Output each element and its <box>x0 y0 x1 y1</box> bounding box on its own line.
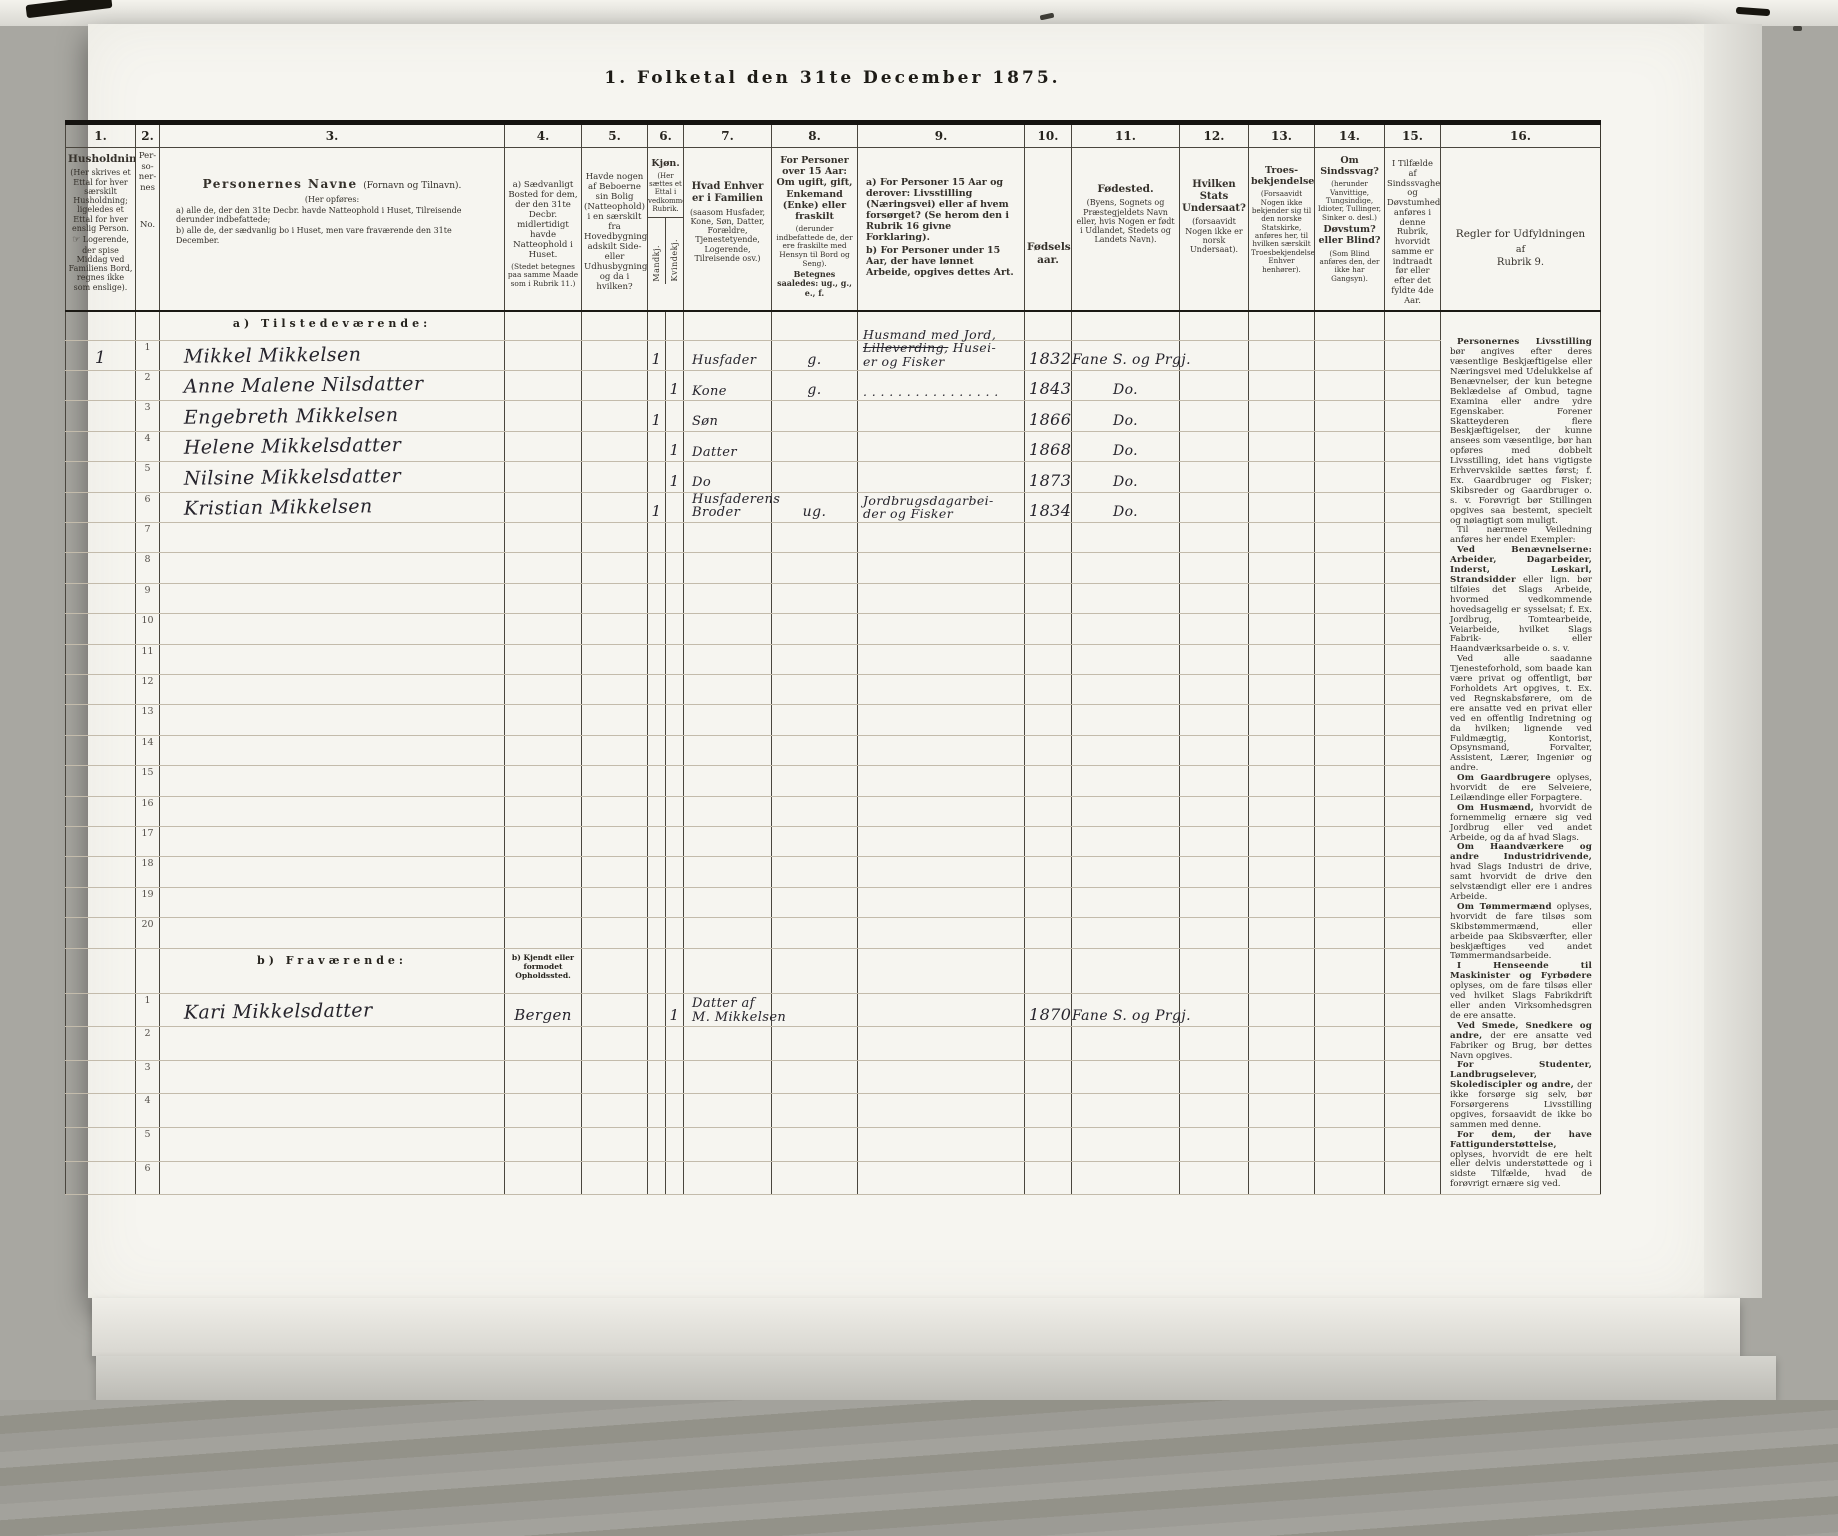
bosted-cell <box>505 523 582 553</box>
colnum-15: 15. <box>1385 123 1441 148</box>
row-number: 3 <box>136 402 159 413</box>
citizenship-cell <box>1180 1094 1249 1128</box>
underlying-page-edge-2 <box>96 1356 1776 1400</box>
birth-year-cell <box>1025 583 1072 613</box>
person-name: Kristian Mikkelsen <box>160 494 504 520</box>
census-entry-row: 7 <box>66 523 1601 553</box>
census-entry-row: 8 <box>66 553 1601 583</box>
census-entry-row: 10 <box>66 614 1601 644</box>
male-cell: 1 <box>648 340 666 370</box>
section-b-label: b) Fraværende: <box>160 949 504 967</box>
household-no-cell <box>66 1094 136 1128</box>
census-entry-row: 20 <box>66 918 1601 948</box>
marital-status-cell <box>772 1094 858 1128</box>
citizenship-cell <box>1180 675 1249 705</box>
name-cell: Kristian Mikkelsen <box>160 492 505 522</box>
marital-status-cell <box>772 1127 858 1161</box>
citizenship-cell <box>1180 857 1249 887</box>
page-edge-right <box>1704 24 1762 1298</box>
birth-year-cell <box>1025 827 1072 857</box>
disability-age-cell <box>1385 796 1441 826</box>
family-position: Do <box>684 476 771 490</box>
household-no-cell: 1 <box>66 340 136 370</box>
disability-cell <box>1315 918 1385 948</box>
birthplace-cell: Do. <box>1072 431 1180 461</box>
birth-year-cell <box>1025 1060 1072 1094</box>
subcol-mandkjon: Mandkj. <box>648 218 665 284</box>
name-cell: Kari Mikkelsdatter <box>160 993 505 1027</box>
marital-status-cell <box>772 735 858 765</box>
section-b-header-row: b) Fraværende: b) Kjendt eller formodet … <box>66 948 1601 993</box>
birth-year: 1834 <box>1025 501 1071 520</box>
male-cell <box>648 614 666 644</box>
occupation-cell <box>858 523 1025 553</box>
bosted-cell <box>505 735 582 765</box>
female-cell <box>666 492 684 522</box>
census-entry-row: 13 <box>66 705 1601 735</box>
marital-status-cell <box>772 766 858 796</box>
male-cell <box>648 827 666 857</box>
citizenship-cell <box>1180 796 1249 826</box>
household-no-cell <box>66 583 136 613</box>
occupation-cell <box>858 993 1025 1027</box>
bosted-cell <box>505 431 582 461</box>
female-cell <box>666 340 684 370</box>
faith-cell <box>1249 1060 1315 1094</box>
census-entry-row: 14 <box>66 735 1601 765</box>
male-cell <box>648 993 666 1027</box>
household-no-cell <box>66 735 136 765</box>
name-cell <box>160 705 505 735</box>
disability-cell <box>1315 1027 1385 1061</box>
name-cell <box>160 735 505 765</box>
bosted-cell <box>505 492 582 522</box>
occupation-cell <box>858 857 1025 887</box>
female-cell <box>666 675 684 705</box>
disability-age-cell <box>1385 857 1441 887</box>
disability-cell <box>1315 705 1385 735</box>
subcol-kvindekjon: Kvindekj. <box>665 218 683 284</box>
row-number: 8 <box>136 554 159 565</box>
female-cell <box>666 1094 684 1128</box>
male-cell: 1 <box>648 492 666 522</box>
disability-age-cell <box>1385 827 1441 857</box>
rules-paragraph: Ved Smede, Snedkere og andre, der ere an… <box>1450 1022 1592 1062</box>
rules-paragraph: Til nærmere Veiledning anføres her endel… <box>1450 526 1592 546</box>
bosted-cell <box>505 583 582 613</box>
occupation-cell: . . . . . . . . . . . . . . . . <box>858 370 1025 400</box>
family-position-cell <box>684 553 772 583</box>
female-cell <box>666 1027 684 1061</box>
person-no-cell: 3 <box>136 1060 160 1094</box>
header-husholdninger: Husholdninger. (Her skrives et Ettal for… <box>66 148 136 312</box>
marital-status-cell <box>772 462 858 492</box>
occupation-cell <box>858 462 1025 492</box>
family-position-cell <box>684 1060 772 1094</box>
female-tally: 1 <box>666 472 683 490</box>
citizenship-cell <box>1180 523 1249 553</box>
disability-cell <box>1315 675 1385 705</box>
citizenship-cell <box>1180 492 1249 522</box>
female-cell <box>666 553 684 583</box>
birth-year-cell <box>1025 675 1072 705</box>
census-entry-row: 5 <box>66 1127 1601 1161</box>
person-no-cell: 2 <box>136 1027 160 1061</box>
occupation-cell <box>858 583 1025 613</box>
disability-cell <box>1315 827 1385 857</box>
marital-status-cell <box>772 614 858 644</box>
male-cell <box>648 644 666 674</box>
row-number: 6 <box>136 1163 159 1174</box>
occupation-cell <box>858 431 1025 461</box>
census-entry-row: 16 <box>66 796 1601 826</box>
census-entry-row: 11 <box>66 644 1601 674</box>
birth-year-cell <box>1025 1027 1072 1061</box>
male-cell <box>648 431 666 461</box>
birth-year: 1868 <box>1025 440 1071 459</box>
faith-cell <box>1249 918 1315 948</box>
birth-year-cell <box>1025 1094 1072 1128</box>
colnum-12: 12. <box>1180 123 1249 148</box>
name-cell: Anne Malene Nilsdatter <box>160 370 505 400</box>
header-civilstand: For Personer over 15 Aar: Om ugift, gift… <box>772 148 858 312</box>
disability-cell <box>1315 1161 1385 1195</box>
occupation-cell <box>858 887 1025 917</box>
rules-paragraph: For Studenter, Landbrugselever, Skoledis… <box>1450 1061 1592 1130</box>
faith-cell <box>1249 887 1315 917</box>
family-position-cell <box>684 887 772 917</box>
person-no-cell: 8 <box>136 553 160 583</box>
name-cell: Helene Mikkelsdatter <box>160 431 505 461</box>
header-tilfaelde: I Tilfælde af Sindssvaghed og Døvstumhed… <box>1385 148 1441 312</box>
disability-age-cell <box>1385 705 1441 735</box>
header-regler: Regler for Udfyldningen af Rubrik 9. <box>1441 148 1601 312</box>
faith-cell <box>1249 705 1315 735</box>
faith-cell <box>1249 614 1315 644</box>
birth-year-cell <box>1025 644 1072 674</box>
disability-cell <box>1315 492 1385 522</box>
scan-bottom-shadow <box>0 1400 1838 1536</box>
citizenship-cell <box>1180 766 1249 796</box>
male-cell <box>648 796 666 826</box>
female-cell <box>666 523 684 553</box>
male-cell <box>648 553 666 583</box>
birthplace-cell <box>1072 735 1180 765</box>
birthplace-cell <box>1072 1094 1180 1128</box>
header-kjon: Kjøn. (Her sættes et Ettal i vedkommende… <box>648 148 684 312</box>
colnum-6: 6. <box>648 123 684 148</box>
household-no-cell <box>66 462 136 492</box>
disability-cell <box>1315 887 1385 917</box>
row-number: 2 <box>136 1028 159 1039</box>
birthplace-cell <box>1072 857 1180 887</box>
faith-cell <box>1249 796 1315 826</box>
male-cell <box>648 1094 666 1128</box>
name-cell <box>160 583 505 613</box>
rules-paragraph: Personernes Livsstilling bør angives eft… <box>1450 338 1592 526</box>
male-cell <box>648 583 666 613</box>
family-position-cell <box>684 1127 772 1161</box>
household-no-cell <box>66 993 136 1027</box>
sidebygning-cell <box>582 796 648 826</box>
header-sidebygning: Havde nogen af Beboerne sin Bolig (Natte… <box>582 148 648 312</box>
sidebygning-cell <box>582 705 648 735</box>
colnum-8: 8. <box>772 123 858 148</box>
birth-year-cell <box>1025 918 1072 948</box>
faith-cell <box>1249 583 1315 613</box>
citizenship-cell <box>1180 401 1249 431</box>
male-cell <box>648 370 666 400</box>
birth-year-cell <box>1025 887 1072 917</box>
colnum-4: 4. <box>505 123 582 148</box>
person-no-cell: 11 <box>136 644 160 674</box>
birthplace-cell <box>1072 583 1180 613</box>
row-number: 16 <box>136 798 159 809</box>
occupation-cell <box>858 1060 1025 1094</box>
female-cell <box>666 735 684 765</box>
rules-paragraph: I Henseende til Maskinister og Fyrbødere… <box>1450 962 1592 1021</box>
birthplace-cell <box>1072 1161 1180 1195</box>
citizenship-cell <box>1180 887 1249 917</box>
citizenship-cell <box>1180 827 1249 857</box>
citizenship-cell <box>1180 1060 1249 1094</box>
disability-age-cell <box>1385 993 1441 1027</box>
census-entry-row: 15 <box>66 766 1601 796</box>
name-cell <box>160 887 505 917</box>
disability-cell <box>1315 431 1385 461</box>
disability-age-cell <box>1385 887 1441 917</box>
birthplace-cell: Do. <box>1072 401 1180 431</box>
citizenship-cell <box>1180 583 1249 613</box>
bosted-cell <box>505 887 582 917</box>
household-no-cell <box>66 705 136 735</box>
colnum-1: 1. <box>66 123 136 148</box>
disability-age-cell <box>1385 735 1441 765</box>
person-no-cell: 10 <box>136 614 160 644</box>
family-position-cell <box>684 644 772 674</box>
family-position-cell <box>684 918 772 948</box>
rules-text-cell: Personernes Livsstilling bør angives eft… <box>1441 311 1601 1194</box>
disability-cell <box>1315 1127 1385 1161</box>
sidebygning-cell <box>582 675 648 705</box>
colnum-2: 2. <box>136 123 160 148</box>
disability-age-cell <box>1385 766 1441 796</box>
sidebygning-cell <box>582 462 648 492</box>
birthplace-cell <box>1072 523 1180 553</box>
faith-cell <box>1249 857 1315 887</box>
bosted-cell <box>505 796 582 826</box>
disability-cell <box>1315 766 1385 796</box>
birthplace-cell <box>1072 553 1180 583</box>
marital-status: ug. <box>772 504 857 520</box>
faith-cell <box>1249 993 1315 1027</box>
census-entry-row: 5Nilsine Mikkelsdatter1Do1873Do. <box>66 462 1601 492</box>
row-number: 7 <box>136 524 159 535</box>
disability-cell <box>1315 462 1385 492</box>
row-number: 1 <box>136 995 159 1006</box>
disability-age-cell <box>1385 1161 1441 1195</box>
birthplace: Do. <box>1072 504 1179 520</box>
birthplace-cell <box>1072 1060 1180 1094</box>
person-no-cell: 2 <box>136 370 160 400</box>
sidebygning-cell <box>582 827 648 857</box>
census-entry-row: 6 <box>66 1161 1601 1195</box>
birthplace-cell <box>1072 614 1180 644</box>
disability-cell <box>1315 993 1385 1027</box>
rules-paragraph: Om Haandværkere og andre Industridrivend… <box>1450 843 1592 902</box>
marital-status-cell: g. <box>772 370 858 400</box>
sidebygning-cell <box>582 735 648 765</box>
person-no-cell: 15 <box>136 766 160 796</box>
birthplace: Do. <box>1072 382 1179 398</box>
occupation-cell <box>858 553 1025 583</box>
header-fodested: Fødested. (Byens, Sognets og Præstegjeld… <box>1072 148 1180 312</box>
household-no-cell <box>66 887 136 917</box>
census-entry-row: 3 <box>66 1060 1601 1094</box>
bosted-cell <box>505 827 582 857</box>
name-cell <box>160 1127 505 1161</box>
birth-year-cell: 1868 <box>1025 431 1072 461</box>
disability-cell <box>1315 735 1385 765</box>
family-position: Kone <box>684 385 771 399</box>
occupation-cell <box>858 796 1025 826</box>
family-position-cell <box>684 1094 772 1128</box>
faith-cell <box>1249 523 1315 553</box>
male-cell <box>648 766 666 796</box>
household-no-cell <box>66 431 136 461</box>
sidebygning-cell <box>582 370 648 400</box>
person-no-cell: 18 <box>136 857 160 887</box>
colnum-16: 16. <box>1441 123 1601 148</box>
rules-paragraph: For dem, der have Fattigunderstøttelse, … <box>1450 1131 1592 1190</box>
sidebygning-cell <box>582 1060 648 1094</box>
bosted-cell <box>505 401 582 431</box>
sidebygning-cell <box>582 431 648 461</box>
census-entry-row: 9 <box>66 583 1601 613</box>
person-no-cell: 20 <box>136 918 160 948</box>
faith-cell <box>1249 370 1315 400</box>
household-no-cell <box>66 401 136 431</box>
male-cell <box>648 735 666 765</box>
family-position-cell <box>684 1161 772 1195</box>
disability-age-cell <box>1385 523 1441 553</box>
person-no-cell: 4 <box>136 1094 160 1128</box>
female-cell <box>666 766 684 796</box>
disability-cell <box>1315 553 1385 583</box>
bosted-cell <box>505 857 582 887</box>
person-no-cell: 6 <box>136 492 160 522</box>
sidebygning-cell <box>582 857 648 887</box>
person-name: Nilsine Mikkelsdatter <box>160 463 504 489</box>
faith-cell <box>1249 553 1315 583</box>
household-no-cell <box>66 827 136 857</box>
name-cell <box>160 644 505 674</box>
faith-cell <box>1249 1027 1315 1061</box>
family-position-cell: Søn <box>684 401 772 431</box>
person-no-cell: 7 <box>136 523 160 553</box>
male-cell <box>648 675 666 705</box>
bosted-cell <box>505 614 582 644</box>
marital-status-cell: g. <box>772 340 858 370</box>
person-no-cell: 4 <box>136 431 160 461</box>
female-cell <box>666 644 684 674</box>
colnum-9: 9. <box>858 123 1025 148</box>
citizenship-cell <box>1180 370 1249 400</box>
sidebygning-cell <box>582 553 648 583</box>
rules-paragraph: Ved alle saadanne Tjenesteforhold, som b… <box>1450 655 1592 774</box>
bosted-cell <box>505 1161 582 1195</box>
female-cell <box>666 583 684 613</box>
header-bosted: a) Sædvanligt Bosted for dem, der den 31… <box>505 148 582 312</box>
name-cell <box>160 796 505 826</box>
birth-year-cell <box>1025 614 1072 644</box>
birthplace: Fane S. og Prgj. <box>1072 352 1179 368</box>
scan-top-edge <box>0 0 1838 26</box>
name-cell <box>160 523 505 553</box>
occupation-cell <box>858 766 1025 796</box>
marital-status-cell <box>772 993 858 1027</box>
census-entry-row: 18 <box>66 857 1601 887</box>
census-entry-row: 4 <box>66 1094 1601 1128</box>
disability-cell <box>1315 370 1385 400</box>
rules-paragraph: Om Tømmermænd oplyses, hvorvidt de fare … <box>1450 903 1592 962</box>
marital-status: g. <box>772 352 857 368</box>
birthplace-cell <box>1072 675 1180 705</box>
family-position-cell: Datter <box>684 431 772 461</box>
sidebygning-cell <box>582 523 648 553</box>
marital-status-cell <box>772 887 858 917</box>
column-number-row: 1. 2. 3. 4. 5. 6. 7. 8. 9. 10. 11. 12. 1… <box>66 123 1601 148</box>
row-number: 6 <box>136 494 159 505</box>
header-trosbekjennelse: Troes-bekjendelse. (Forsaavidt Nogen ikk… <box>1249 148 1315 312</box>
sidebygning-cell <box>582 583 648 613</box>
disability-age-cell <box>1385 370 1441 400</box>
header-sindssvag: Om Sindssvag? (herunder Vanvittige, Tung… <box>1315 148 1385 312</box>
male-cell <box>648 462 666 492</box>
marital-status-cell <box>772 523 858 553</box>
header-livsstilling: a) For Personer 15 Aar og derover: Livss… <box>858 148 1025 312</box>
page-title: 1. Folketal den 31te December 1875. <box>65 68 1600 88</box>
faith-cell <box>1249 644 1315 674</box>
sidebygning-cell <box>582 766 648 796</box>
faith-cell <box>1249 492 1315 522</box>
colnum-7: 7. <box>684 123 772 148</box>
row-number: 5 <box>136 463 159 474</box>
header-title: Husholdninger. <box>68 153 133 165</box>
sidebygning-cell <box>582 1127 648 1161</box>
sidebygning-cell <box>582 492 648 522</box>
census-entry-row: 12 <box>66 675 1601 705</box>
underlying-page-edge <box>92 1298 1740 1356</box>
family-position-cell <box>684 827 772 857</box>
birthplace-cell <box>1072 1027 1180 1061</box>
disability-cell <box>1315 340 1385 370</box>
male-cell <box>648 705 666 735</box>
person-name: Engebreth Mikkelsen <box>160 403 504 429</box>
header-person-no: Per- so- ner- nes No. <box>136 148 160 312</box>
family-position-cell <box>684 705 772 735</box>
person-no-cell: 19 <box>136 887 160 917</box>
name-cell <box>160 1060 505 1094</box>
occupation-cell <box>858 1127 1025 1161</box>
household-entry: 1 <box>66 348 135 368</box>
person-no-cell: 12 <box>136 675 160 705</box>
colnum-14: 14. <box>1315 123 1385 148</box>
birthplace-cell: Do. <box>1072 370 1180 400</box>
sidebygning-cell <box>582 918 648 948</box>
family-position-cell <box>684 735 772 765</box>
faith-cell <box>1249 827 1315 857</box>
